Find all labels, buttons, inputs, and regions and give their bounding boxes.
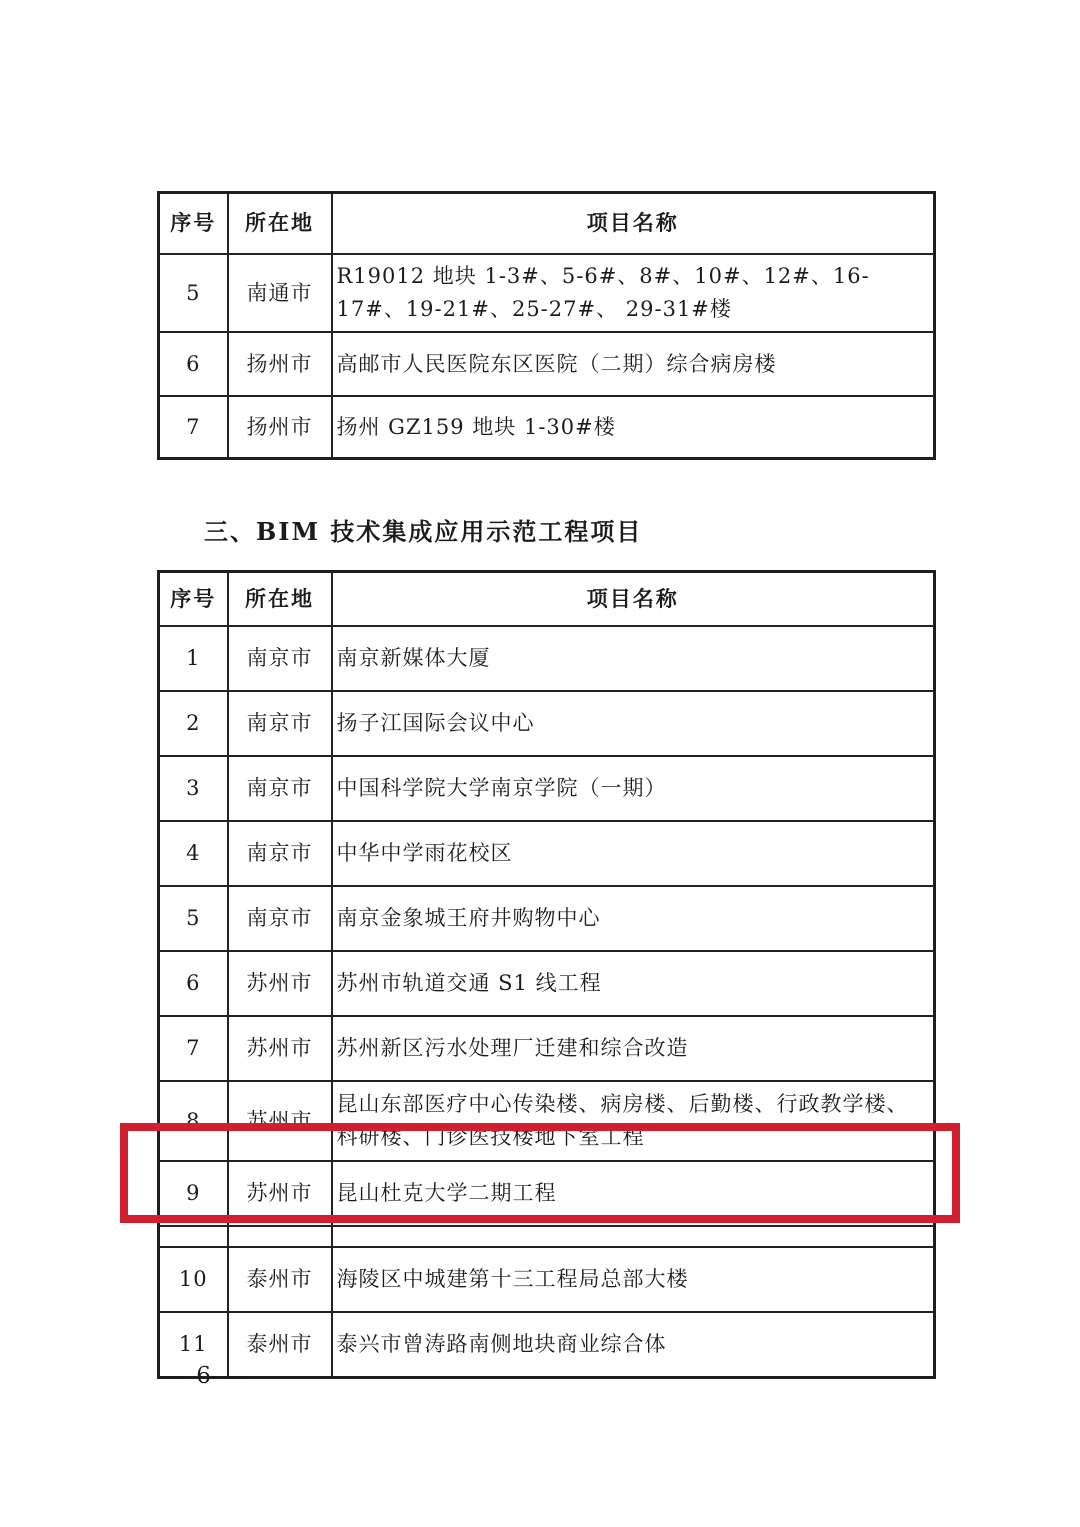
row-no: 4 (159, 821, 228, 886)
row-city: 南通市 (228, 254, 332, 332)
row-no: 6 (159, 951, 228, 1016)
row-no: 9 (159, 1161, 228, 1226)
table1-header-no: 序号 (159, 193, 228, 255)
row-no: 1 (159, 626, 228, 691)
row-no: 5 (159, 254, 228, 332)
table-row: 6 扬州市 高邮市人民医院东区医院（二期）综合病房楼 (159, 332, 935, 396)
row-project: 扬州 GZ159 地块 1-30#楼 (332, 396, 935, 459)
table-row: 5 南通市 R19012 地块 1-3#、5-6#、8#、10#、12#、16-… (159, 254, 935, 332)
row-city: 苏州市 (228, 951, 332, 1016)
table-row: 5 南京市 南京金象城王府井购物中心 (159, 886, 935, 951)
row-no: 2 (159, 691, 228, 756)
table-row: 7 扬州市 扬州 GZ159 地块 1-30#楼 (159, 396, 935, 459)
table-row: 3 南京市 中国科学院大学南京学院（一期） (159, 756, 935, 821)
row-city: 泰州市 (228, 1247, 332, 1312)
page-number: — 6 — (158, 1363, 253, 1389)
table2-header-row: 序号 所在地 项目名称 (159, 572, 935, 627)
row-project: 苏州市轨道交通 S1 线工程 (332, 951, 935, 1016)
table1-header-row: 序号 所在地 项目名称 (159, 193, 935, 255)
table-bim-projects: 序号 所在地 项目名称 1 南京市 南京新媒体大厦 2 南京市 扬子江国际会议中… (157, 570, 936, 1379)
row-no: 8 (159, 1081, 228, 1161)
table1-header-city: 所在地 (228, 193, 332, 255)
row-no: 6 (159, 332, 228, 396)
table-row: 7 苏州市 苏州新区污水处理厂迁建和综合改造 (159, 1016, 935, 1081)
row-project: 泰兴市曾涛路南侧地块商业综合体 (332, 1312, 935, 1378)
row-city: 南京市 (228, 756, 332, 821)
row-project: 高邮市人民医院东区医院（二期）综合病房楼 (332, 332, 935, 396)
row-project: 昆山杜克大学二期工程 (332, 1161, 935, 1226)
row-project: 南京金象城王府井购物中心 (332, 886, 935, 951)
row-city: 苏州市 (228, 1161, 332, 1226)
row-project: R19012 地块 1-3#、5-6#、8#、10#、12#、16-17#、19… (332, 254, 935, 332)
row-project: 昆山东部医疗中心传染楼、病房楼、后勤楼、行政教学楼、科研楼、门诊医技楼地下室工程 (332, 1081, 935, 1161)
row-project: 海陵区中城建第十三工程局总部大楼 (332, 1247, 935, 1312)
row-city: 苏州市 (228, 1016, 332, 1081)
section-title: 三、BIM 技术集成应用示范工程项目 (204, 512, 642, 547)
row-city: 扬州市 (228, 332, 332, 396)
table2-header-no: 序号 (159, 572, 228, 627)
table-row: 2 南京市 扬子江国际会议中心 (159, 691, 935, 756)
row-city: 扬州市 (228, 396, 332, 459)
table-row: 11 泰州市 泰兴市曾涛路南侧地块商业综合体 (159, 1312, 935, 1378)
spacer-row (159, 1226, 935, 1247)
row-project: 中华中学雨花校区 (332, 821, 935, 886)
row-project: 扬子江国际会议中心 (332, 691, 935, 756)
table-row: 10 泰州市 海陵区中城建第十三工程局总部大楼 (159, 1247, 935, 1312)
row-city: 南京市 (228, 691, 332, 756)
row-project: 苏州新区污水处理厂迁建和综合改造 (332, 1016, 935, 1081)
table2-header-project: 项目名称 (332, 572, 935, 627)
row-no: 10 (159, 1247, 228, 1312)
row-project: 中国科学院大学南京学院（一期） (332, 756, 935, 821)
table-row-highlighted: 9 苏州市 昆山杜克大学二期工程 (159, 1161, 935, 1226)
row-no: 3 (159, 756, 228, 821)
table-row: 8 苏州市 昆山东部医疗中心传染楼、病房楼、后勤楼、行政教学楼、科研楼、门诊医技… (159, 1081, 935, 1161)
row-no: 5 (159, 886, 228, 951)
row-city: 南京市 (228, 821, 332, 886)
row-no: 7 (159, 396, 228, 459)
table-row: 6 苏州市 苏州市轨道交通 S1 线工程 (159, 951, 935, 1016)
row-city: 南京市 (228, 626, 332, 691)
table-row: 4 南京市 中华中学雨花校区 (159, 821, 935, 886)
table2-header-city: 所在地 (228, 572, 332, 627)
row-project: 南京新媒体大厦 (332, 626, 935, 691)
row-no: 7 (159, 1016, 228, 1081)
table-row: 1 南京市 南京新媒体大厦 (159, 626, 935, 691)
row-city: 南京市 (228, 886, 332, 951)
document-page: 序号 所在地 项目名称 5 南通市 R19012 地块 1-3#、5-6#、8#… (0, 0, 1080, 1527)
row-city: 苏州市 (228, 1081, 332, 1161)
table-continued: 序号 所在地 项目名称 5 南通市 R19012 地块 1-3#、5-6#、8#… (157, 191, 936, 460)
table1-header-project: 项目名称 (332, 193, 935, 255)
